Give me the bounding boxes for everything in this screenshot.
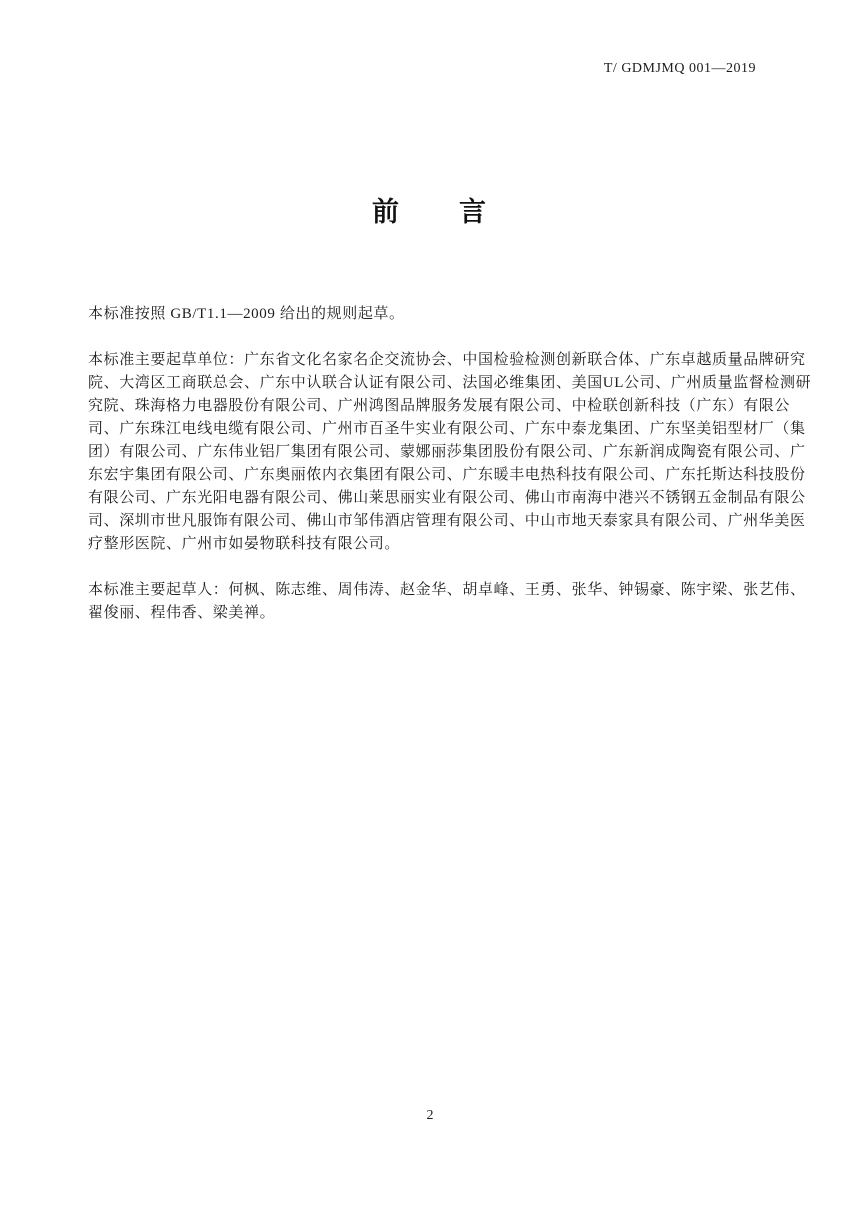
- paragraph: 本标准主要起草单位：广东省文化名家名企交流协会、中国检验检测创新联合体、广东卓越…: [88, 349, 780, 556]
- text-line: 东宏宇集团有限公司、广东奥丽侬内衣集团有限公司、广东暖丰电热科技有限公司、广东托…: [88, 464, 780, 487]
- page-number: 2: [427, 1108, 434, 1123]
- paragraph: 本标准按照 GB/T1.1—2009 给出的规则起草。: [88, 303, 780, 326]
- document-footer: 2: [0, 1108, 860, 1124]
- doc-code: T/ GDMJMQ 001—2019: [604, 61, 756, 76]
- text-line: 本标准主要起草单位：广东省文化名家名企交流协会、中国检验检测创新联合体、广东卓越…: [88, 349, 780, 372]
- text-line: 本标准主要起草人：何枫、陈志维、周伟涛、赵金华、胡卓峰、王勇、张华、钟锡豪、陈宇…: [88, 579, 780, 602]
- text-line: 司、广东珠江电线电缆有限公司、广州市百圣牛实业有限公司、广东中泰龙集团、广东坚美…: [88, 418, 780, 441]
- page-title: 前 言: [0, 190, 860, 229]
- text-line: 团）有限公司、广东伟业铝厂集团有限公司、蒙娜丽莎集团股份有限公司、广东新润成陶瓷…: [88, 441, 780, 464]
- text-line: 有限公司、广东光阳电器有限公司、佛山莱思丽实业有限公司、佛山市南海中港兴不锈钢五…: [88, 487, 780, 510]
- text-line: 本标准按照 GB/T1.1—2009 给出的规则起草。: [88, 303, 780, 326]
- paragraph: 本标准主要起草人：何枫、陈志维、周伟涛、赵金华、胡卓峰、王勇、张华、钟锡豪、陈宇…: [88, 579, 780, 625]
- text-line: 司、深圳市世凡服饰有限公司、佛山市邹伟酒店管理有限公司、中山市地天泰家具有限公司…: [88, 510, 780, 533]
- document-header: T/ GDMJMQ 001—2019: [604, 61, 756, 77]
- text-line: 疗整形医院、广州市如晏物联科技有限公司。: [88, 533, 780, 556]
- document-body: 本标准按照 GB/T1.1—2009 给出的规则起草。本标准主要起草单位：广东省…: [88, 303, 780, 648]
- text-line: 究院、珠海格力电器股份有限公司、广州鸿图品牌服务发展有限公司、中检联创新科技（广…: [88, 395, 780, 418]
- text-line: 院、大湾区工商联总会、广东中认联合认证有限公司、法国必维集团、美国UL公司、广州…: [88, 372, 780, 395]
- document-page: T/ GDMJMQ 001—2019 前 言 本标准按照 GB/T1.1—200…: [0, 0, 860, 1215]
- text-line: 翟俊丽、程伟香、梁美禅。: [88, 602, 780, 625]
